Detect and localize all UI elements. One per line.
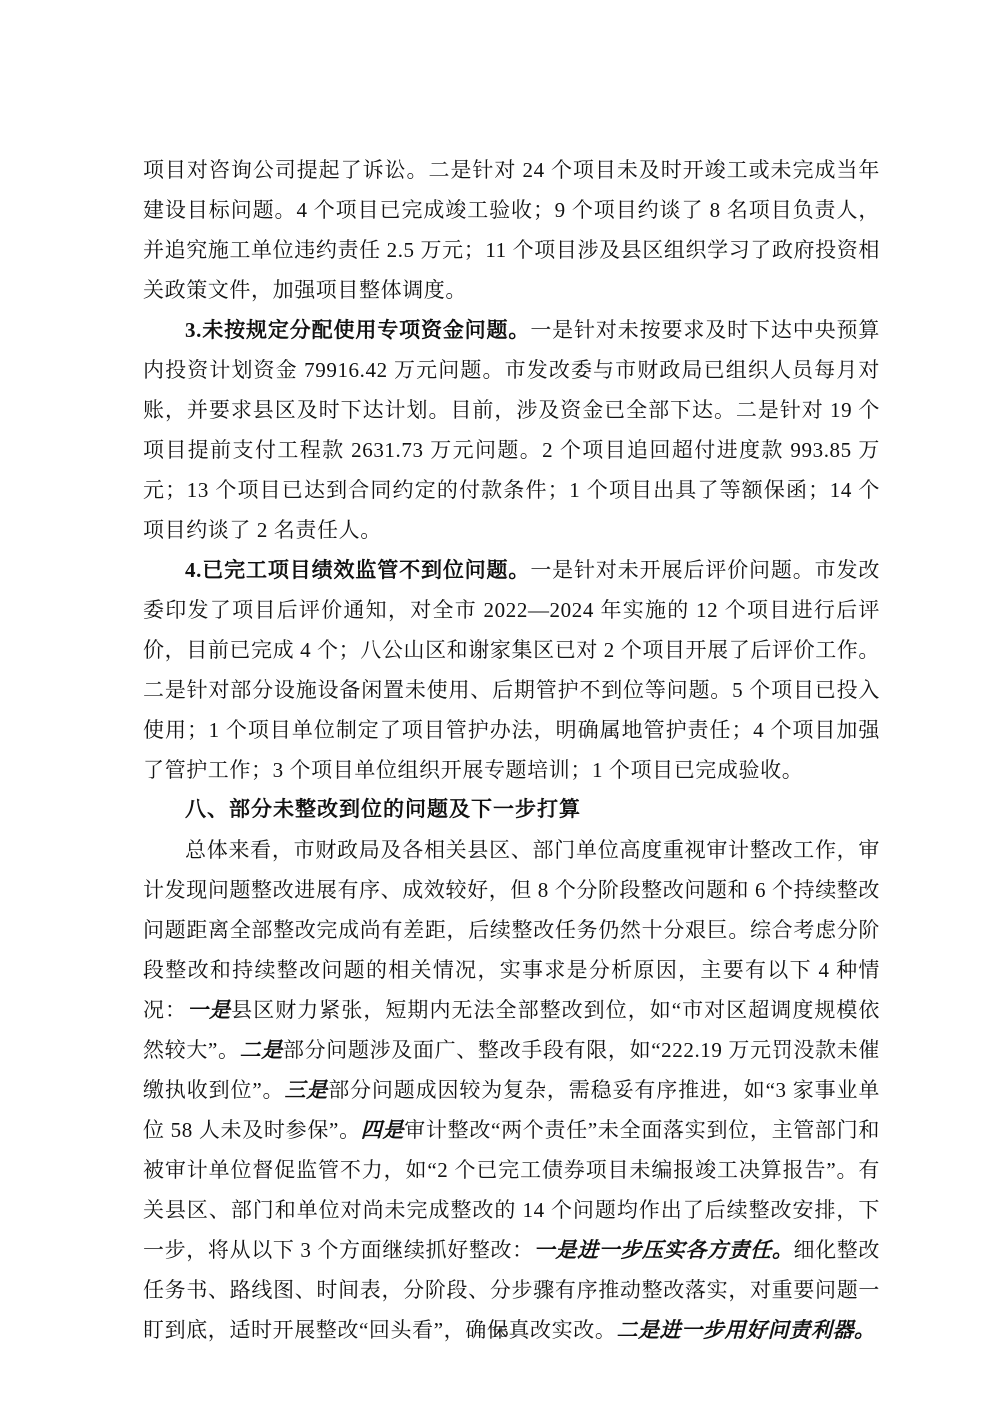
document-page: 项目对咨询公司提起了诉讼。二是针对 24 个项目未及时开竣工或未完成当年建设目标… — [0, 0, 1000, 1415]
page-number: 15 — [491, 1322, 510, 1341]
text-run-normal: 一是针对未开展后评价问题。市发改委印发了项目后评价通知，对全市 2022—202… — [143, 558, 880, 782]
text-run-heading: 八、部分未整改到位的问题及下一步打算 — [185, 798, 581, 821]
paragraph: 3.未按规定分配使用专项资金问题。一是针对未按要求及时下达中央预算内投资计划资金… — [143, 310, 880, 550]
text-run-normal: 总体来看，市财政局及各相关县区、部门单位高度重视审计整改工作，审计发现问题整改进… — [143, 838, 880, 1022]
page-footer: 15 — [0, 1322, 1000, 1342]
paragraph: 项目对咨询公司提起了诉讼。二是针对 24 个项目未及时开竣工或未完成当年建设目标… — [143, 150, 880, 310]
paragraph: 4.已完工项目绩效监管不到位问题。一是针对未开展后评价问题。市发改委印发了项目后… — [143, 550, 880, 790]
text-run-bold: 3.未按规定分配使用专项资金问题。 — [185, 318, 530, 342]
text-run-bold-italic: 一是 — [187, 998, 231, 1022]
text-run-bold: 4.已完工项目绩效监管不到位问题。 — [185, 558, 530, 582]
text-run-normal: 项目对咨询公司提起了诉讼。二是针对 24 个项目未及时开竣工或未完成当年建设目标… — [143, 158, 880, 302]
text-run-normal: 一是针对未按要求及时下达中央预算内投资计划资金 79916.42 万元问题。市发… — [143, 318, 880, 542]
paragraph: 总体来看，市财政局及各相关县区、部门单位高度重视审计整改工作，审计发现问题整改进… — [143, 830, 880, 1350]
text-run-bold-italic: 四是 — [361, 1118, 404, 1142]
text-run-bold-italic: 二是 — [240, 1038, 283, 1062]
section-heading: 八、部分未整改到位的问题及下一步打算 — [143, 790, 880, 830]
text-run-bold-italic: 三是 — [284, 1078, 328, 1102]
document-body: 项目对咨询公司提起了诉讼。二是针对 24 个项目未及时开竣工或未完成当年建设目标… — [143, 150, 880, 1350]
text-run-bold-italic: 一是进一步压实各方责任。 — [534, 1238, 794, 1262]
